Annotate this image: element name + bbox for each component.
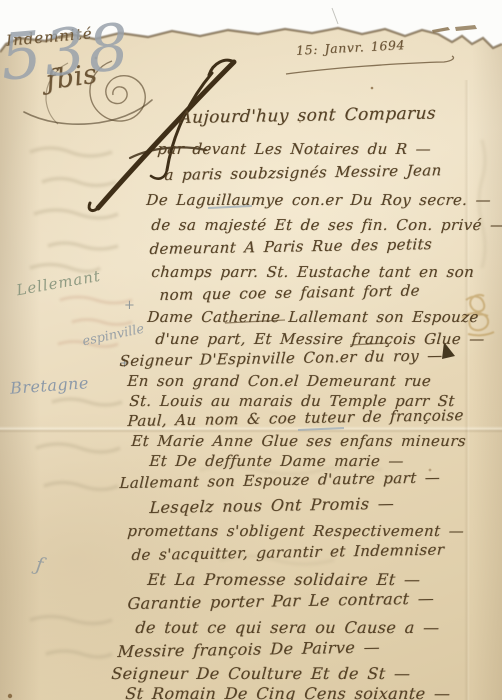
manuscript-line: Et De deffunte Dame marie — [149, 452, 405, 470]
manuscript-line: d'une part, Et Messire françois Glue — [155, 330, 486, 348]
margin-cross-mark: + [124, 298, 135, 313]
manuscript-line: Dame Catherine Lallemant son Espouze [147, 308, 480, 326]
vertical-fold-crease [464, 80, 470, 700]
manuscript-line: champs parr. St. Eustache tant en son [151, 263, 475, 281]
manuscript-line: Et La Promesse solidaire Et — [147, 570, 421, 589]
manuscript-line: De Laguillaumye con.er Du Roy secre. — [146, 191, 492, 209]
manuscript-line: par devant Les Notaires du R — [157, 140, 432, 158]
manuscript-line: de tout ce qui sera ou Cause a — [135, 618, 441, 637]
scanned-manuscript-page: Indemnité ƒbis 15: Janvr. 1694 538 Lelle… [0, 0, 502, 700]
manuscript-line: Et Marie Anne Glue ses enfans mineurs [131, 432, 467, 450]
manuscript-line: En son grand Con.el Demeurant rue [127, 372, 432, 390]
manuscript-line: promettans s'obligent Respectivement — [127, 522, 465, 540]
manuscript-line: Seigneur De Coulture Et de St — [111, 664, 411, 683]
manuscript-line: St Romain De Cinq Cens soixante — [125, 684, 451, 700]
manuscript-line: de sa majesté Et de ses fin. Con. privé … [151, 216, 502, 234]
